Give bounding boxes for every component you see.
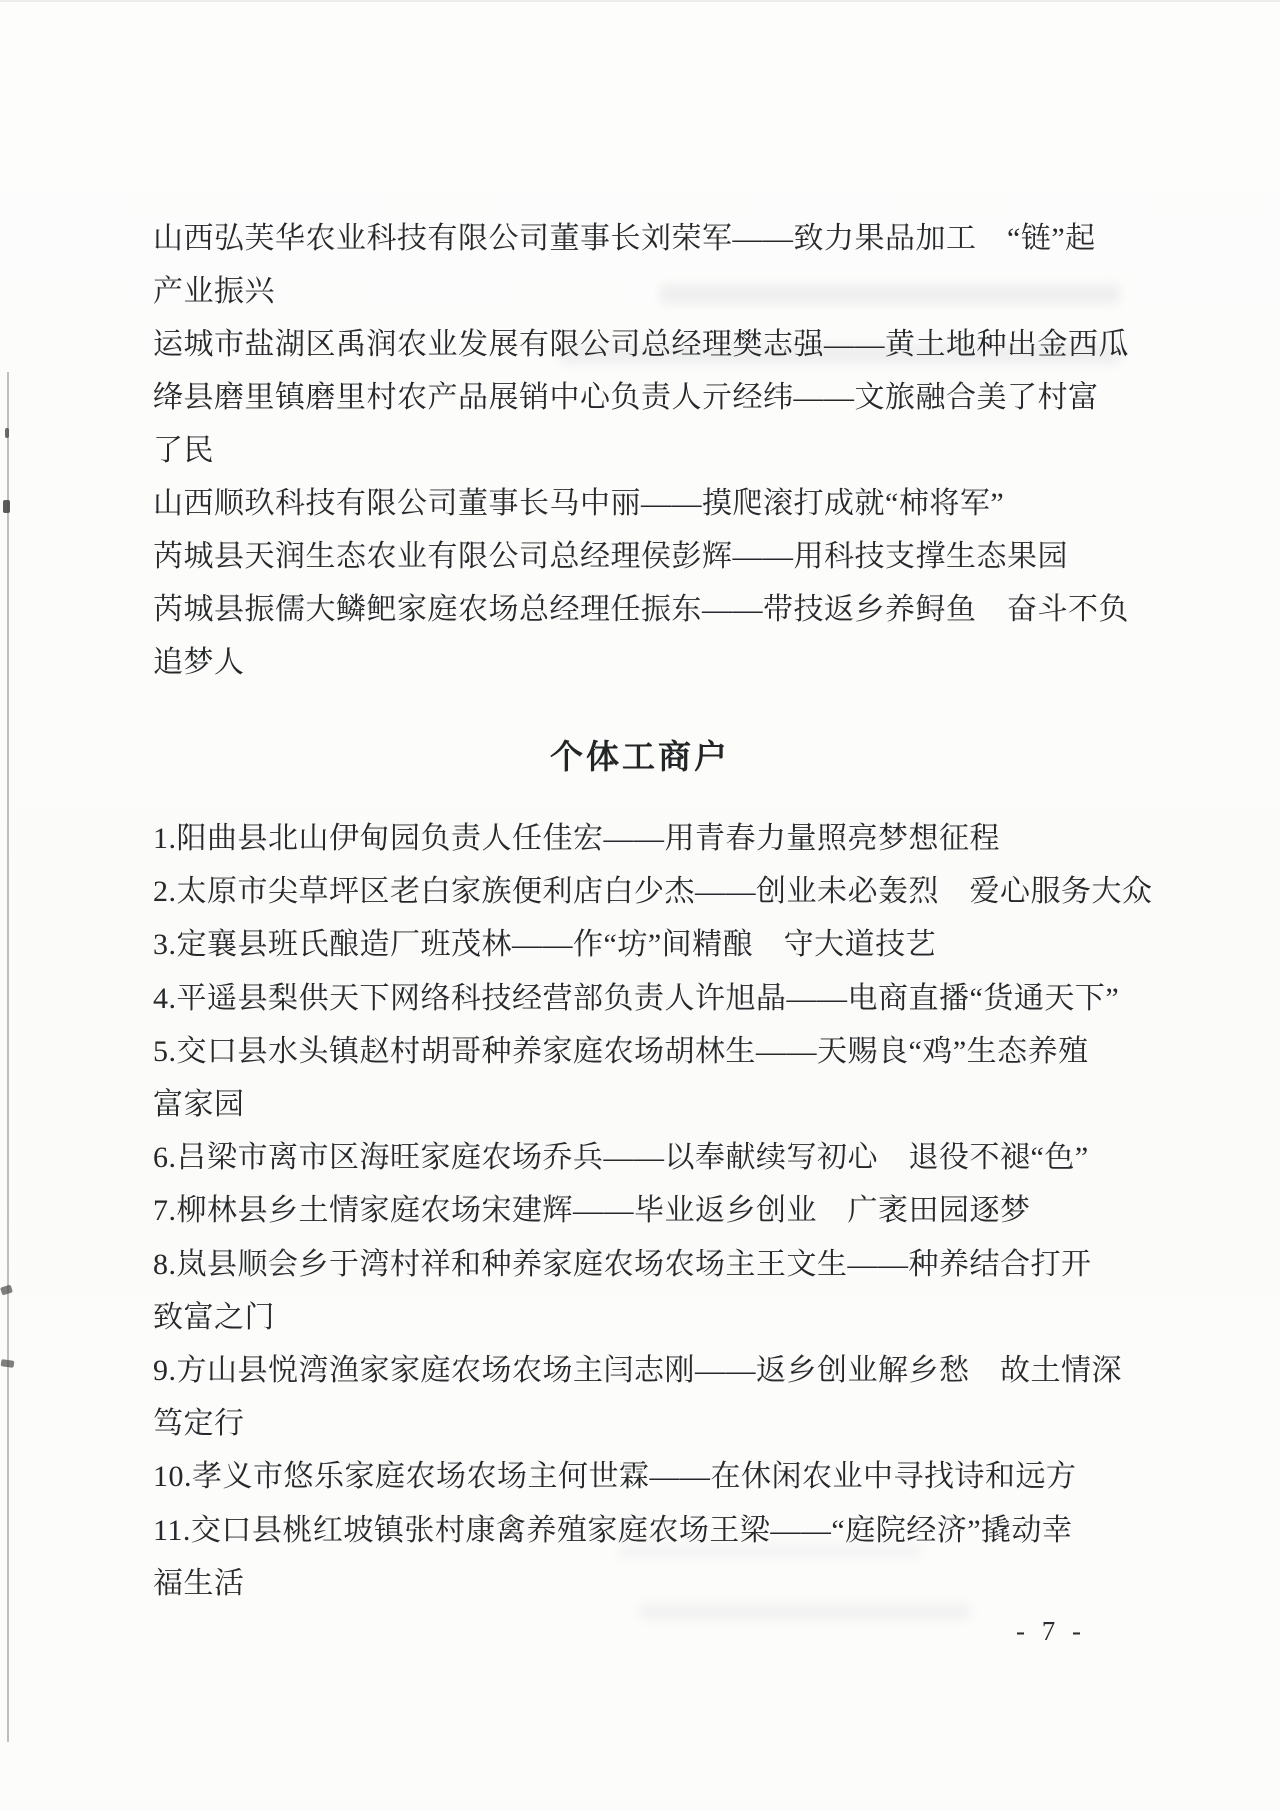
list-line: 福生活 — [153, 1557, 1163, 1610]
intro-line: 绛县磨里镇磨里村农产品展销中心负责人亓经纬——文旅融合美了村富 — [153, 371, 1163, 424]
intro-line: 运城市盐湖区禹润农业发展有限公司总经理樊志强——黄土地种出金西瓜 — [153, 318, 1163, 371]
list-line: 笃定行 — [153, 1397, 1163, 1450]
scan-top-edge — [0, 0, 1280, 2]
list-line: 致富之门 — [153, 1291, 1163, 1344]
list-line: 9.方山县悦湾渔家家庭农场农场主闫志刚——返乡创业解乡愁 故土情深 — [153, 1344, 1163, 1397]
list-line: 3.定襄县班氏酿造厂班茂林——作“坊”间精酿 守大道技艺 — [153, 918, 1163, 971]
numbered-list: 1.阳曲县北山伊甸园负责人任佳宏——用青春力量照亮梦想征程 2.太原市尖草坪区老… — [153, 812, 1163, 1610]
scan-mark — [1, 1359, 15, 1368]
section-heading: 个体工商户 — [0, 731, 1280, 778]
list-line: 8.岚县顺会乡于湾村祥和种养家庭农场农场主王文生——种养结合打开 — [153, 1238, 1163, 1291]
list-line: 6.吕梁市离市区海旺家庭农场乔兵——以奉献续写初心 退役不褪“色” — [153, 1131, 1163, 1184]
list-line: 7.柳林县乡土情家庭农场宋建辉——毕业返乡创业 广袤田园逐梦 — [153, 1184, 1163, 1237]
list-line: 1.阳曲县北山伊甸园负责人任佳宏——用青春力量照亮梦想征程 — [153, 812, 1163, 865]
scan-mark — [0, 1284, 13, 1295]
list-line: 5.交口县水头镇赵村胡哥种养家庭农场胡林生——天赐良“鸡”生态养殖 — [153, 1025, 1163, 1078]
list-line: 富家园 — [153, 1078, 1163, 1131]
intro-line: 芮城县振儒大鳞鲃家庭农场总经理任振东——带技返乡养鲟鱼 奋斗不负 — [153, 583, 1163, 636]
scan-mark — [5, 428, 9, 438]
intro-paragraphs: 山西弘芙华农业科技有限公司董事长刘荣军——致力果品加工 “链”起 产业振兴 运城… — [153, 212, 1163, 689]
page-number: - 7 - — [1016, 1616, 1086, 1647]
scan-mark — [3, 500, 10, 513]
list-line: 11.交口县桃红坡镇张村康禽养殖家庭农场王梁——“庭院经济”撬动幸 — [153, 1504, 1163, 1557]
list-line: 10.孝义市悠乐家庭农场农场主何世霖——在休闲农业中寻找诗和远方 — [153, 1450, 1163, 1503]
list-line: 2.太原市尖草坪区老白家族便利店白少杰——创业未必轰烈 爱心服务大众 — [153, 865, 1163, 918]
intro-line: 产业振兴 — [153, 265, 1163, 318]
intro-line: 山西顺玖科技有限公司董事长马中丽——摸爬滚打成就“柿将军” — [153, 477, 1163, 530]
document-page: 山西弘芙华农业科技有限公司董事长刘荣军——致力果品加工 “链”起 产业振兴 运城… — [0, 0, 1280, 1811]
intro-line: 山西弘芙华农业科技有限公司董事长刘荣军——致力果品加工 “链”起 — [153, 212, 1163, 265]
list-line: 4.平遥县梨供天下网络科技经营部负责人许旭晶——电商直播“货通天下” — [153, 972, 1163, 1025]
intro-line: 芮城县天润生态农业有限公司总经理侯彭辉——用科技支撑生态果园 — [153, 530, 1163, 583]
intro-line: 了民 — [153, 424, 1163, 477]
scan-edge-line — [7, 372, 9, 1742]
intro-line: 追梦人 — [153, 636, 1163, 689]
